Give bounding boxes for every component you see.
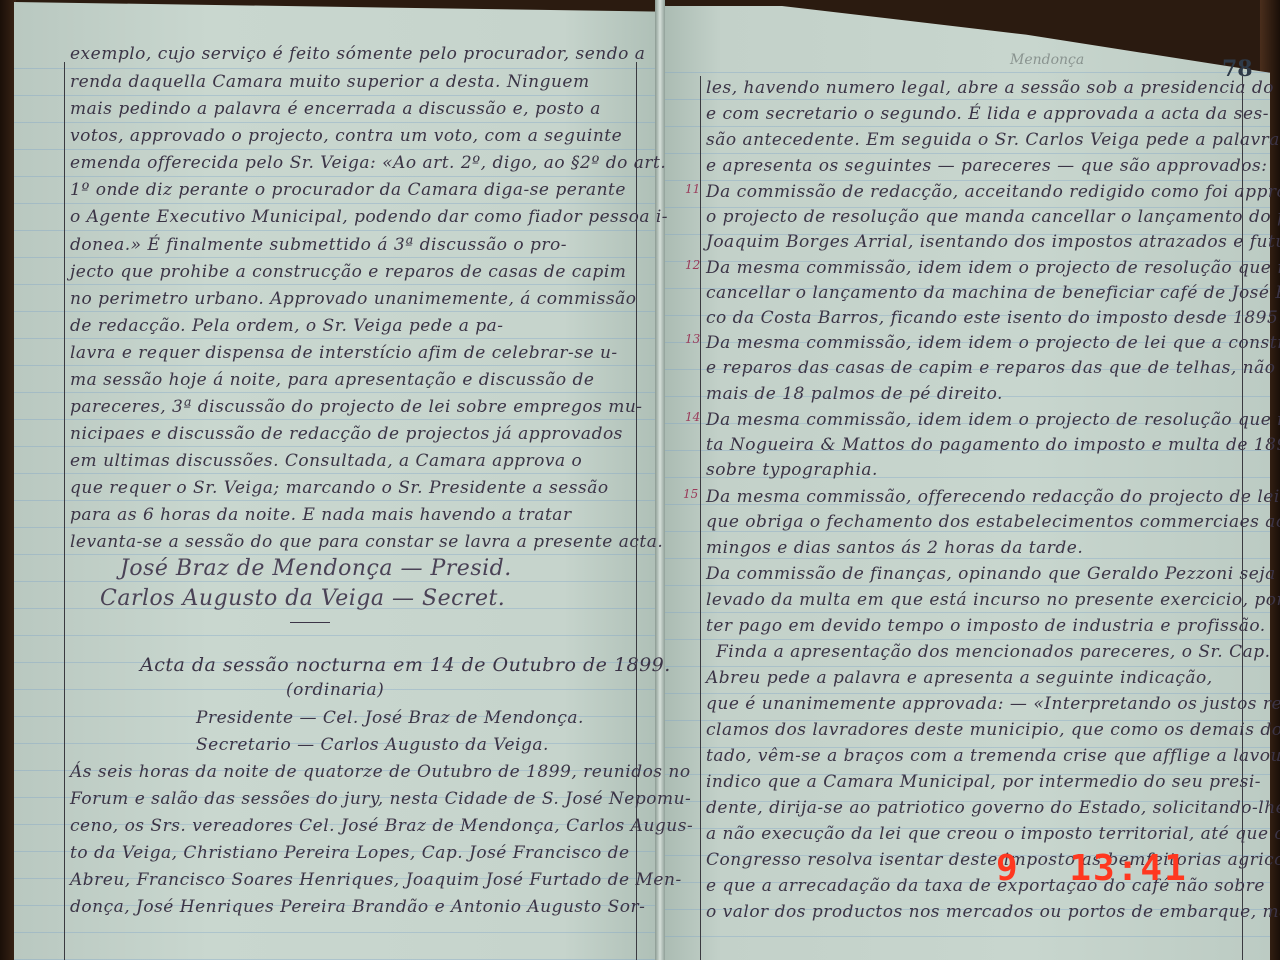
text-line: nicipaes e discussão de redacção de proj… xyxy=(70,424,623,444)
margin-number: 12 xyxy=(685,258,700,272)
text-line: renda daquella Camara muito superior a d… xyxy=(70,72,590,92)
text-line: indico que a Camara Municipal, por inter… xyxy=(706,772,1261,792)
text-line: les, havendo numero legal, abre a sessão… xyxy=(706,78,1280,98)
pencil-note: Mendonça xyxy=(1010,52,1084,68)
text-line: ma sessão hoje á noite, para apresentaçã… xyxy=(70,370,594,390)
text-line: ter pago em devido tempo o imposto de in… xyxy=(706,616,1266,636)
timestamp-date: 9 xyxy=(996,848,1020,889)
text-line: mais pedindo a palavra é encerrada a dis… xyxy=(70,99,601,119)
text-line: co da Costa Barros, ficando este isento … xyxy=(706,308,1280,328)
text-line: que requer o Sr. Veiga; marcando o Sr. P… xyxy=(70,478,609,498)
text-line: to da Veiga, Christiano Pereira Lopes, C… xyxy=(70,843,630,863)
text-line: cancellar o lançamento da machina de ben… xyxy=(706,283,1280,303)
text-line: Forum e salão das sessões do jury, nesta… xyxy=(70,789,691,809)
signature-president: José Braz de Mendonça — Presid. xyxy=(120,556,512,581)
text-line: e apresenta os seguintes — pareceres — q… xyxy=(706,156,1267,176)
minutes-subtitle: (ordinaria) xyxy=(286,680,384,700)
text-line: Ás seis horas da noite de quatorze de Ou… xyxy=(70,762,691,782)
book-edge-left xyxy=(0,0,16,960)
text-line: e com secretario o segundo. É lida e app… xyxy=(706,104,1269,124)
text-line: em ultimas discussões. Consultada, a Cam… xyxy=(70,451,582,471)
left-margin-line xyxy=(700,76,701,960)
text-line: Da mesma commissão, idem idem o projecto… xyxy=(706,258,1280,278)
divider xyxy=(290,622,330,623)
text-line: Da commissão de redacção, acceitando red… xyxy=(706,182,1280,202)
text-line: que obriga o fechamento dos estabelecime… xyxy=(706,512,1280,532)
text-line: Abreu pede a palavra e apresenta a segui… xyxy=(706,668,1213,688)
margin-number: 15 xyxy=(683,487,698,501)
text-line: Da mesma commissão, idem idem o projecto… xyxy=(706,410,1280,430)
text-line: Da mesma commissão, offerecendo redacção… xyxy=(706,487,1280,507)
text-line: lavra e requer dispensa de interstício a… xyxy=(70,343,618,363)
text-line: exemplo, cujo serviço é feito sómente pe… xyxy=(70,44,645,64)
text-line: Abreu, Francisco Soares Henriques, Joaqu… xyxy=(70,870,682,890)
text-line: ceno, os Srs. vereadores Cel. José Braz … xyxy=(70,816,693,836)
text-line: de redacção. Pela ordem, o Sr. Veiga ped… xyxy=(70,316,504,336)
text-line: sobre typographia. xyxy=(706,460,878,480)
text-line: que é unanimemente approvada: — «Interpr… xyxy=(706,694,1280,714)
text-line: o Agente Executivo Municipal, podendo da… xyxy=(70,207,668,227)
text-line: ta Nogueira & Mattos do pagamento do imp… xyxy=(706,435,1280,455)
signature-secretary: Carlos Augusto da Veiga — Secret. xyxy=(100,586,505,611)
text-line: Congresso resolva isentar deste imposto … xyxy=(706,850,1280,870)
text-line: emenda offerecida pelo Sr. Veiga: «Ao ar… xyxy=(70,153,666,173)
margin-number: 14 xyxy=(685,410,700,424)
text-line: Da commissão de finanças, opinando que G… xyxy=(706,564,1280,584)
text-line: donea.» É finalmente submettido á 3ª dis… xyxy=(70,235,567,255)
timestamp-time: 13:41 xyxy=(1069,848,1187,889)
text-line: mingos e dias santos ás 2 horas da tarde… xyxy=(706,538,1083,558)
text-line: clamos dos lavradores deste municipio, q… xyxy=(706,720,1280,740)
minutes-title: Acta da sessão nocturna em 14 de Outubro… xyxy=(140,654,671,676)
camera-timestamp: 9 13:41 xyxy=(996,848,1188,889)
minutes-secretary: Secretario — Carlos Augusto da Veiga. xyxy=(196,735,549,755)
left-margin-line xyxy=(64,62,65,960)
minutes-president: Presidente — Cel. José Braz de Mendonça. xyxy=(196,708,584,728)
text-line: Da mesma commissão, idem idem o projecto… xyxy=(706,333,1280,353)
text-line: dente, dirija-se ao patriotico governo d… xyxy=(706,798,1280,818)
margin-number: 13 xyxy=(685,332,700,346)
text-line: pareceres, 3ª discussão do projecto de l… xyxy=(70,397,643,417)
text-line: o valor dos productos nos mercados ou po… xyxy=(706,902,1280,922)
margin-number: 11 xyxy=(685,182,700,196)
text-line: no perimetro urbano. Approvado unanimeme… xyxy=(70,289,637,309)
text-line: 1º onde diz perante o procurador da Cama… xyxy=(70,180,626,200)
text-line: levado da multa em que está incurso no p… xyxy=(706,590,1280,610)
text-line: donça, José Henriques Pereira Brandão e … xyxy=(70,897,645,917)
text-line: jecto que prohibe a construcção e reparo… xyxy=(70,262,626,282)
text-line: mais de 18 palmos de pé direito. xyxy=(706,384,1003,404)
text-line: tado, vêm-se a braços com a tremenda cri… xyxy=(706,746,1280,766)
text-line: Finda a apresentação dos mencionados par… xyxy=(716,642,1271,662)
text-line: a não execução da lei que creou o impost… xyxy=(706,824,1280,844)
text-line: votos, approvado o projecto, contra um v… xyxy=(70,126,622,146)
open-ledger-photo: exemplo, cujo serviço é feito sómente pe… xyxy=(0,0,1280,960)
text-line: Joaquim Borges Arrial, isentando dos imp… xyxy=(706,232,1280,252)
text-line: o projecto de resolução que manda cancel… xyxy=(706,207,1280,227)
text-line: e reparos das casas de capim e reparos d… xyxy=(706,358,1280,378)
text-line: para as 6 horas da noite. E nada mais ha… xyxy=(70,505,572,525)
text-line: são antecedente. Em seguida o Sr. Carlos… xyxy=(706,130,1280,150)
text-line: levanta-se a sessão do que para constar … xyxy=(70,532,663,552)
